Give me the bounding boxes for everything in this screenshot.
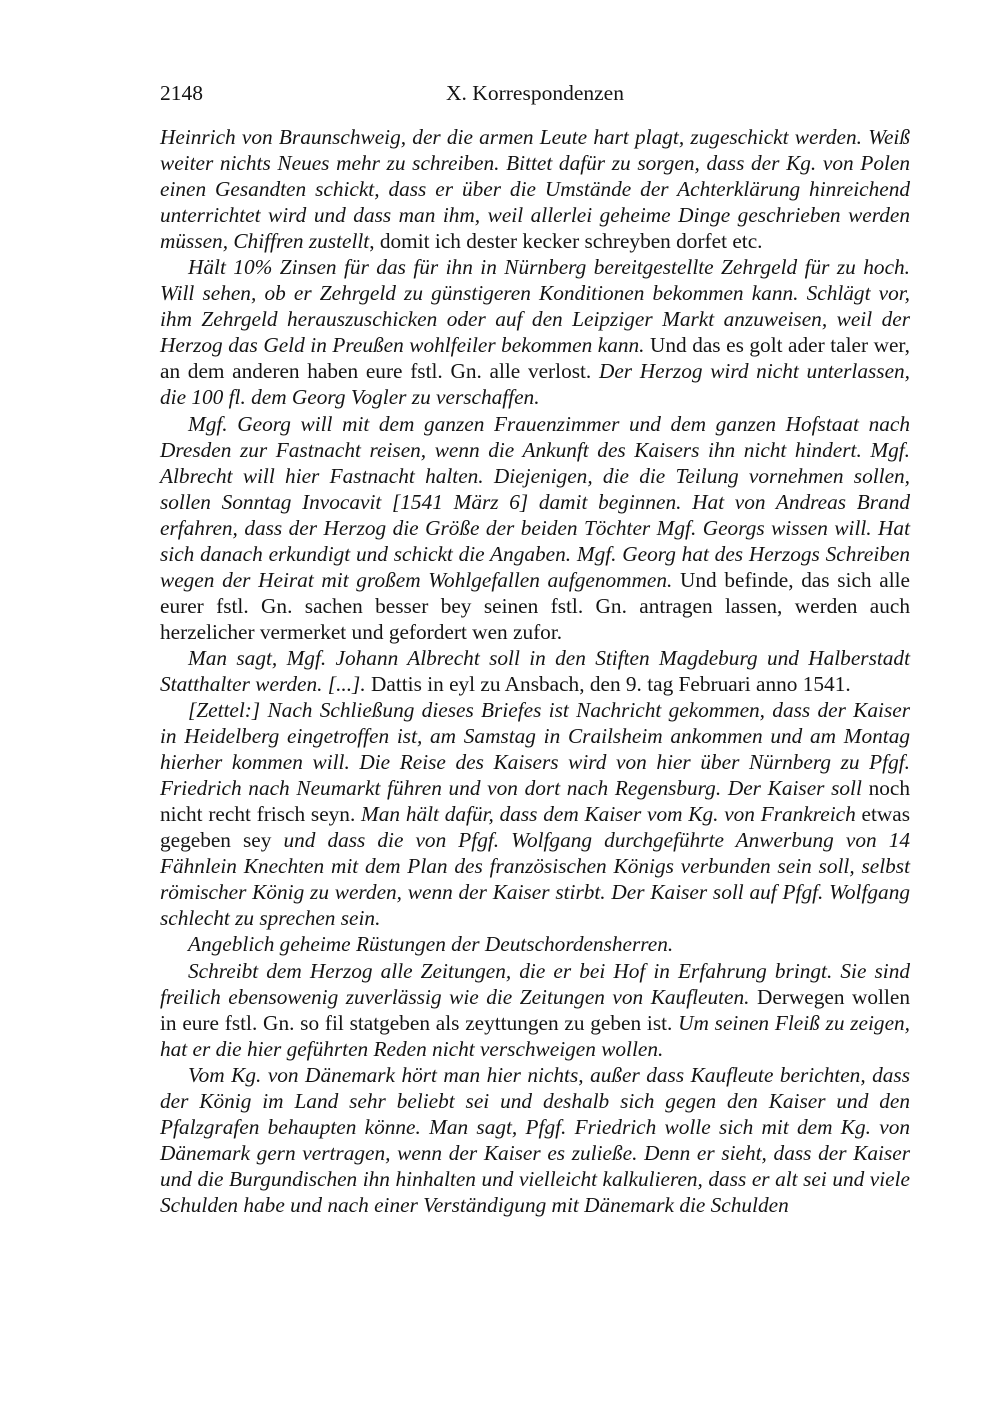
page-body: Heinrich von Braunschweig, der die armen… [160,124,910,1218]
paragraph: Vom Kg. von Dänemark hört man hier nicht… [160,1062,910,1218]
book-page: 2148 X. Korrespondenzen Heinrich von Bra… [0,0,1004,1418]
page-header: 2148 X. Korrespondenzen [160,80,910,108]
text-segment-roman: Dattis in eyl zu Ansbach, den 9. tag Feb… [366,672,851,696]
paragraph: Mgf. Georg will mit dem ganzen Frauenzim… [160,411,910,645]
paragraph: Heinrich von Braunschweig, der die armen… [160,124,910,254]
paragraph: Hält 10% Zinsen für das für ihn in Nürnb… [160,254,910,410]
text-segment-italic: Vom Kg. von Dänemark hört man hier nicht… [160,1063,910,1217]
text-segment-roman: , domit ich dester kecker schreyben dorf… [369,229,762,253]
paragraph: Angeblich geheime Rüstungen der Deutscho… [160,931,910,957]
page-number: 2148 [160,80,203,106]
text-segment-italic: und dass die von Pfgf. Wolfgang durchgef… [160,828,910,930]
text-segment-italic: Angeblich geheime Rüstungen der Deutscho… [188,932,673,956]
text-segment-italic: Mgf. Georg will mit dem ganzen Frauenzim… [160,412,910,592]
paragraph: Man sagt, Mgf. Johann Albrecht soll in d… [160,645,910,697]
text-segment-italic: Man hält dafür, dass dem Kaiser vom Kg. … [355,802,855,826]
paragraph: [Zettel:] Nach Schließung dieses Briefes… [160,697,910,931]
paragraph: Schreibt dem Herzog alle Zeitungen, die … [160,958,910,1062]
running-title: X. Korrespondenzen [160,80,910,106]
text-segment-italic: [Zettel:] Nach Schließung dieses Briefes… [160,698,910,800]
